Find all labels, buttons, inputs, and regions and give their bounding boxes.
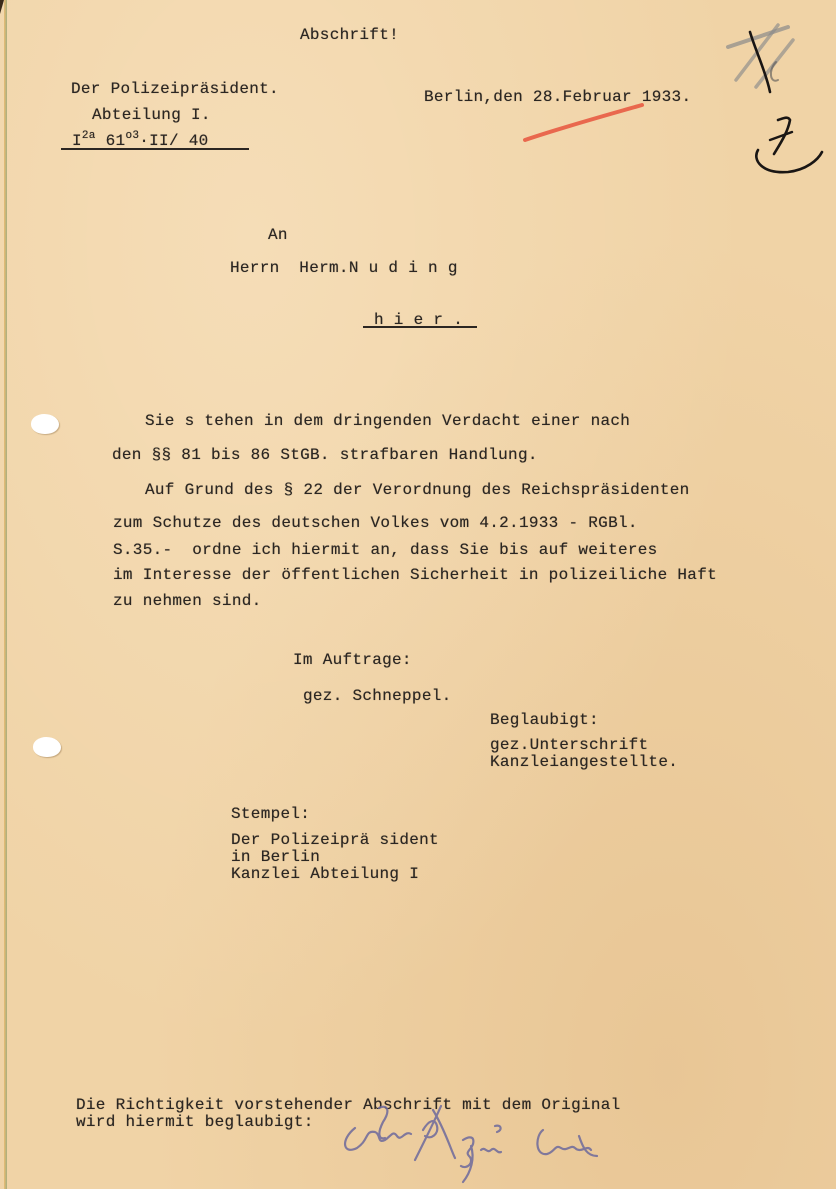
stamp-label: Stempel: bbox=[231, 805, 310, 823]
sender-line-1: Der Polizeipräsident. bbox=[71, 80, 279, 98]
handwritten-signature bbox=[335, 1100, 615, 1189]
by-order-label: Im Auftrage: bbox=[293, 651, 412, 669]
body-line-2: den §§ 81 bis 86 StGB. strafbaren Handlu… bbox=[112, 446, 538, 464]
body-line-3: Auf Grund des § 22 der Verordnung des Re… bbox=[145, 481, 690, 499]
reference-underline bbox=[61, 148, 249, 150]
stamp-line-3: Kanzlei Abteilung I bbox=[231, 865, 419, 883]
signed-name: gez. Schneppel. bbox=[303, 687, 452, 705]
document-page: Abschrift! Der Polizeipräsident. Abteilu… bbox=[0, 0, 836, 1189]
body-line-4: zum Schutze des deutschen Volkes vom 4.2… bbox=[113, 514, 638, 532]
recipient-name: Herrn Herm.N u d i n g bbox=[230, 259, 458, 277]
certified-role: Kanzleiangestellte. bbox=[490, 753, 678, 771]
punch-hole-top bbox=[31, 414, 59, 434]
location-underline bbox=[363, 326, 477, 328]
stamp-line-2: in Berlin bbox=[231, 848, 320, 866]
certification-line-2: wird hiermit beglaubigt: bbox=[76, 1113, 314, 1131]
certified-label: Beglaubigt: bbox=[490, 711, 599, 729]
punch-hole-bottom bbox=[33, 737, 61, 757]
handwritten-folio-marks bbox=[718, 22, 828, 182]
sender-line-2: Abteilung I. bbox=[92, 106, 211, 124]
red-pencil-mark bbox=[520, 95, 650, 145]
copy-mark: Abschrift! bbox=[300, 26, 399, 44]
body-line-6: im Interesse der öffentlichen Sicherheit… bbox=[113, 566, 717, 584]
page-corner-shadow bbox=[0, 0, 4, 14]
recipient-salutation: An bbox=[268, 226, 288, 244]
body-line-5: S.35.- ordne ich hiermit an, dass Sie bi… bbox=[113, 541, 658, 559]
ref-sup-1: 2a bbox=[82, 130, 96, 142]
body-line-7: zu nehmen sind. bbox=[113, 592, 262, 610]
ref-sup-2: o3 bbox=[125, 130, 139, 142]
page-edge bbox=[4, 0, 7, 1189]
body-line-1: Sie s tehen in dem dringenden Verdacht e… bbox=[145, 412, 630, 430]
stamp-line-1: Der Polizeiprä sident bbox=[231, 831, 439, 849]
certified-signature: gez.Unterschrift bbox=[490, 736, 648, 754]
